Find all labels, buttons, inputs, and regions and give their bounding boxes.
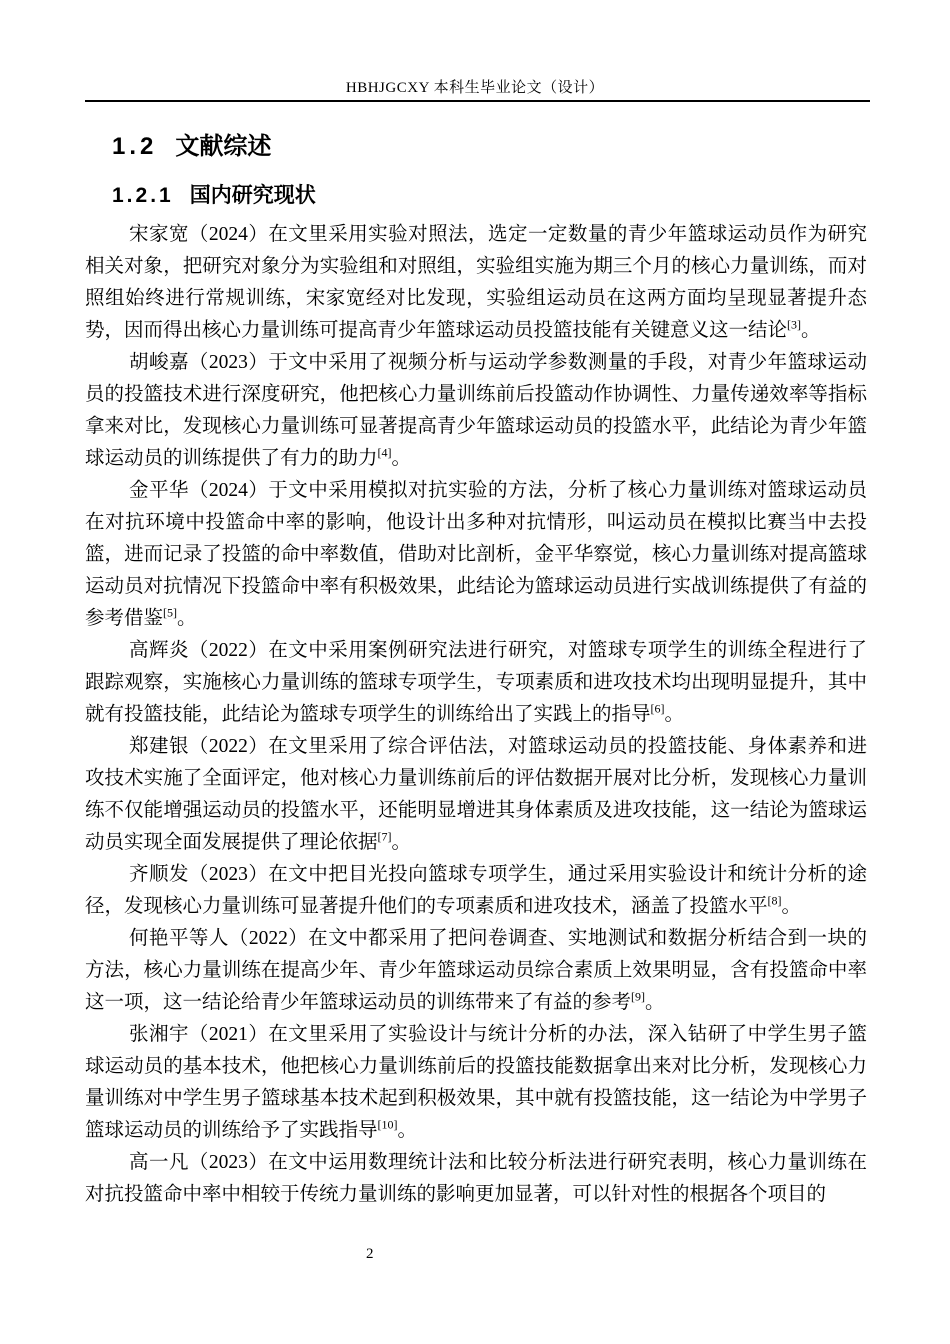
paragraph-terminator: 。 bbox=[645, 992, 665, 1013]
paragraph: 郑建银（2022）在文里采用了综合评估法，对篮球运动员的投篮技能、身体素养和进攻… bbox=[85, 731, 867, 859]
citation-ref: [10] bbox=[378, 1118, 398, 1132]
paragraph: 高一凡（2023）在文中运用数理统计法和比较分析法进行研究表明，核心力量训练在对… bbox=[85, 1147, 867, 1211]
paragraph: 何艳平等人（2022）在文中都采用了把问卷调查、实地测试和数据分析结合到一块的方… bbox=[85, 923, 867, 1019]
paragraph: 宋家宽（2024）在文里采用实验对照法，选定一定数量的青少年篮球运动员作为研究相… bbox=[85, 219, 867, 347]
citation-ref: [5] bbox=[163, 606, 177, 620]
section-title: 文献综述 bbox=[175, 133, 271, 160]
paragraph-terminator: 。 bbox=[177, 608, 197, 629]
paragraph-text: 何艳平等人（2022）在文中都采用了把问卷调查、实地测试和数据分析结合到一块的方… bbox=[85, 928, 867, 1013]
paragraph-text: 齐顺发（2023）在文中把目光投向篮球专项学生，通过采用实验设计和统计分析的途径… bbox=[85, 864, 867, 917]
paragraph-terminator: 。 bbox=[782, 896, 802, 917]
paragraph-text: 胡峻嘉（2023）于文中采用了视频分析与运动学参数测量的手段，对青少年篮球运动员… bbox=[85, 352, 867, 469]
citation-ref: [7] bbox=[378, 830, 392, 844]
paragraph: 高辉炎（2022）在文中采用案例研究法进行研究，对篮球专项学生的训练全程进行了跟… bbox=[85, 635, 867, 731]
subsection-number: 1.2.1 bbox=[112, 184, 174, 207]
paragraph-text: 宋家宽（2024）在文里采用实验对照法，选定一定数量的青少年篮球运动员作为研究相… bbox=[85, 224, 867, 341]
citation-ref: [4] bbox=[378, 446, 392, 460]
paragraph-terminator: 。 bbox=[665, 704, 685, 725]
paragraph-text: 郑建银（2022）在文里采用了综合评估法，对篮球运动员的投篮技能、身体素养和进攻… bbox=[85, 736, 867, 853]
citation-ref: [6] bbox=[651, 702, 665, 716]
subsection-heading: 1.2.1国内研究现状 bbox=[112, 179, 316, 209]
paragraph-terminator: 。 bbox=[801, 320, 821, 341]
paragraph: 金平华（2024）于文中采用模拟对抗实验的方法，分析了核心力量训练对篮球运动员在… bbox=[85, 475, 867, 635]
subsection-title: 国内研究现状 bbox=[190, 184, 316, 207]
paragraph-text: 高辉炎（2022）在文中采用案例研究法进行研究，对篮球专项学生的训练全程进行了跟… bbox=[85, 640, 867, 725]
document-page: HBHJGCXY 本科生毕业论文（设计） 1.2文献综述 1.2.1国内研究现状… bbox=[0, 0, 950, 1344]
running-header: HBHJGCXY 本科生毕业论文（设计） bbox=[0, 76, 950, 97]
paragraph-terminator: 。 bbox=[392, 832, 412, 853]
paragraph: 胡峻嘉（2023）于文中采用了视频分析与运动学参数测量的手段，对青少年篮球运动员… bbox=[85, 347, 867, 475]
section-heading: 1.2文献综述 bbox=[112, 126, 271, 161]
paragraph-terminator: 。 bbox=[398, 1120, 418, 1141]
citation-ref: [3] bbox=[787, 318, 801, 332]
page-number: 2 bbox=[366, 1246, 374, 1263]
citation-ref: [8] bbox=[768, 894, 782, 908]
section-number: 1.2 bbox=[112, 133, 157, 160]
literature-review-body: 宋家宽（2024）在文里采用实验对照法，选定一定数量的青少年篮球运动员作为研究相… bbox=[85, 219, 867, 1211]
header-rule bbox=[85, 100, 870, 102]
paragraph: 齐顺发（2023）在文中把目光投向篮球专项学生，通过采用实验设计和统计分析的途径… bbox=[85, 859, 867, 923]
paragraph: 张湘宇（2021）在文里采用了实验设计与统计分析的办法，深入钻研了中学生男子篮球… bbox=[85, 1019, 867, 1147]
paragraph-text: 张湘宇（2021）在文里采用了实验设计与统计分析的办法，深入钻研了中学生男子篮球… bbox=[85, 1024, 867, 1141]
paragraph-text: 高一凡（2023）在文中运用数理统计法和比较分析法进行研究表明，核心力量训练在对… bbox=[85, 1152, 867, 1205]
paragraph-terminator: 。 bbox=[392, 448, 412, 469]
paragraph-text: 金平华（2024）于文中采用模拟对抗实验的方法，分析了核心力量训练对篮球运动员在… bbox=[85, 480, 867, 629]
citation-ref: [9] bbox=[631, 990, 645, 1004]
